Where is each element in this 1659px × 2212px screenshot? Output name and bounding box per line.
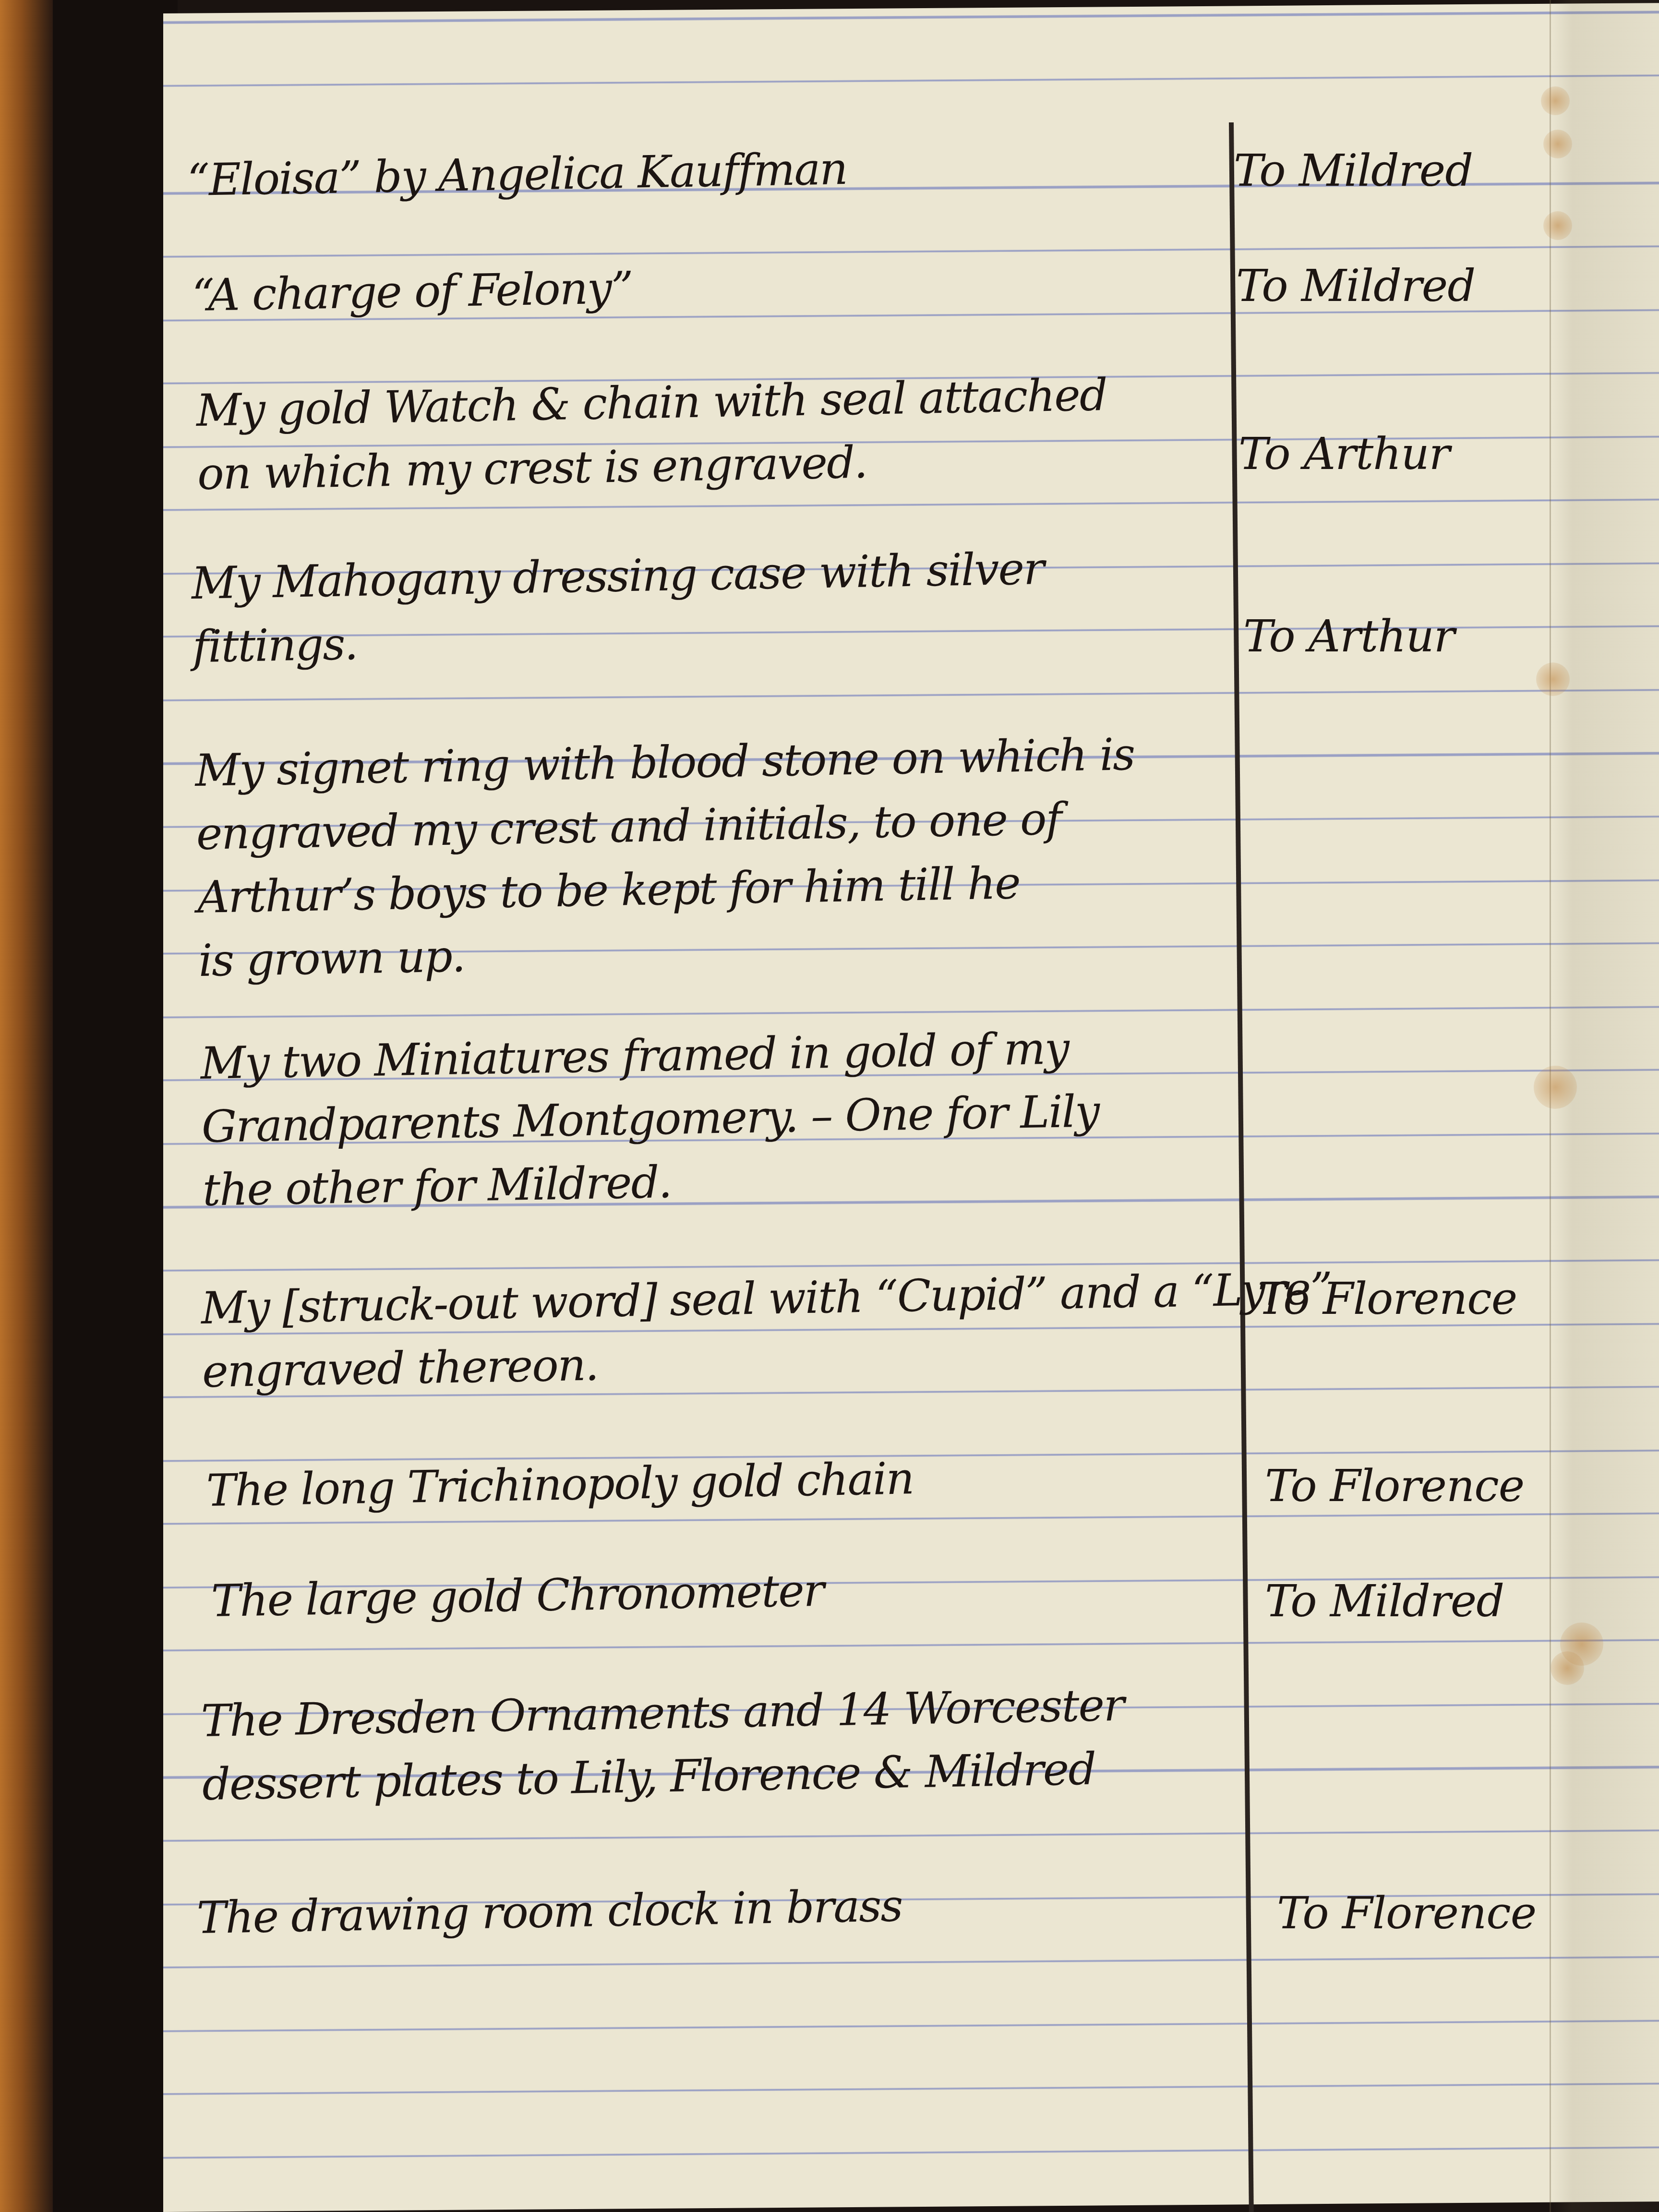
item-description: The Dresden Ornaments and 14 Worcester d… [201,1673,1126,1816]
item-description: My two Miniatures framed in gold of my G… [200,1016,1101,1222]
table-surface [0,0,53,2212]
item-description: My Mahogany dressing case with silver fi… [191,537,1046,679]
item-description: My signet ring with blood stone on which… [194,723,1138,993]
recipient-name: To Arthur [1238,422,1450,486]
foxing-stain [1536,662,1570,696]
recipient-name: To Florence [1277,1882,1536,1945]
recipient-name: To Arthur [1243,605,1455,668]
foxing-stain [1543,211,1572,240]
recipient-name: To Mildred [1236,254,1475,318]
item-description: My [struck-out word] seal with “Cupid” a… [201,1257,1334,1404]
foxing-stain [1534,1066,1577,1109]
item-description: The large gold Chronometer [211,1559,824,1633]
recipient-name: To Mildred [1265,1570,1504,1633]
item-description: “A charge of Felony” [192,256,633,327]
item-description: My gold Watch & chain with seal attached… [196,363,1108,506]
foxing-stain [1543,130,1572,158]
foxing-stain [1541,86,1570,115]
recipient-name: To Mildred [1234,139,1473,203]
item-description: “Eloisa” by Angelica Kauffman [187,137,848,212]
foxing-stain [1551,1651,1584,1685]
item-description: The long Trichinopoly gold chain [206,1447,914,1523]
binder-frame [53,0,178,2212]
recipient-name: To Florence [1265,1455,1524,1518]
folded-page-shadow [1551,0,1659,2212]
recipient-name: To Florence [1258,1267,1517,1331]
item-description: The drawing room clock in brass [196,1874,903,1950]
